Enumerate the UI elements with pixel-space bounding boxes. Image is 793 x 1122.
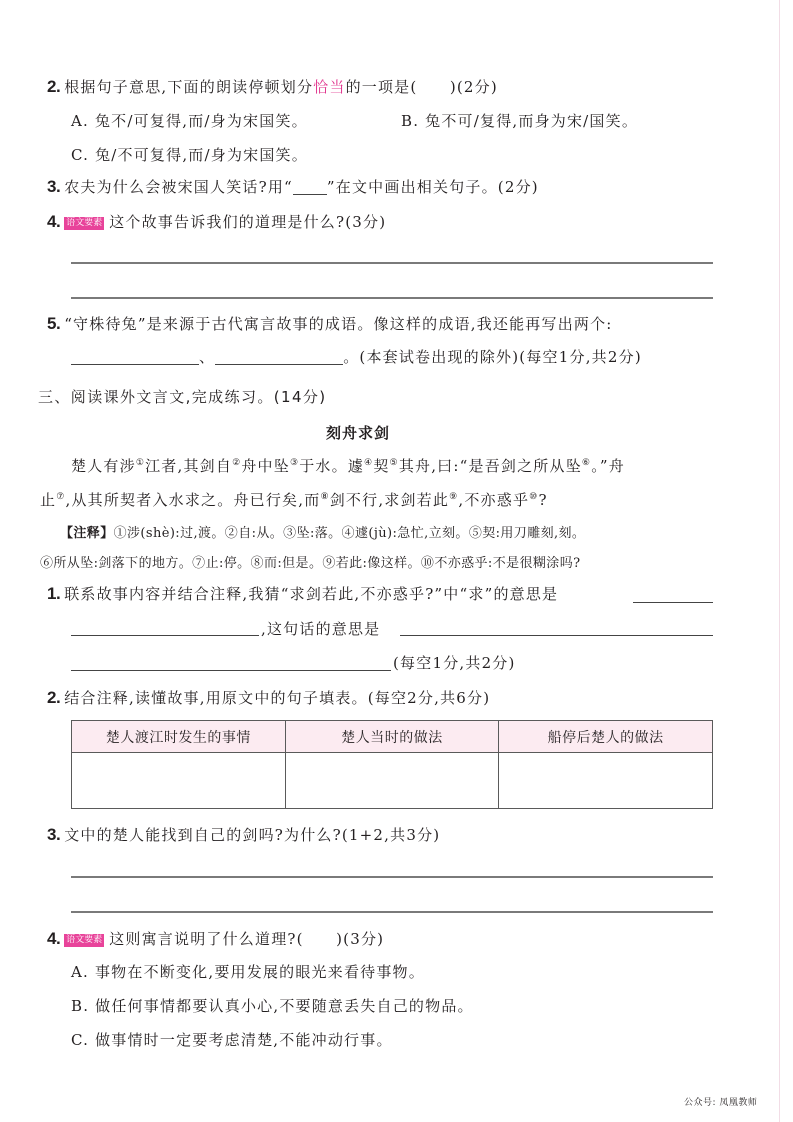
answer-blank[interactable]: [400, 635, 713, 636]
table-answer-cell[interactable]: [72, 753, 286, 809]
table-header-cell: 楚人渡江时发生的事情: [72, 721, 286, 753]
section-title: 三、阅读课外文言文,完成练习。(14分): [38, 386, 327, 407]
table-answer-cell[interactable]: [499, 753, 713, 809]
fill-in-table: 楚人渡江时发生的事情 楚人当时的做法 船停后楚人的做法: [71, 720, 713, 809]
question-text: 这个故事告诉我们的道理是什么?(3分): [109, 213, 386, 231]
question-3b: 3.文中的楚人能找到自己的剑吗?为什么?(1+2,共3分): [47, 824, 440, 845]
notes-head: 【注释】: [60, 526, 114, 541]
yuwen-yaosu-badge: 语文要素: [64, 934, 104, 947]
answer-line[interactable]: [71, 911, 713, 913]
question-5: 5.“守株待兔”是来源于古代寓言故事的成语。像这样的成语,我还能再写出两个:: [47, 313, 613, 334]
answer-blank[interactable]: [71, 635, 259, 636]
question-text: 联系故事内容并结合注释,我猜“求剑若此,不亦惑乎?”中“求”的意思是: [64, 585, 558, 603]
option-c[interactable]: C. 做事情时一定要考虑清楚,不能冲动行事。: [71, 1029, 393, 1050]
answer-blank[interactable]: [71, 349, 199, 365]
question-number: 5.: [47, 314, 60, 333]
table-answer-cell[interactable]: [285, 753, 499, 809]
yuwen-yaosu-badge: 语文要素: [64, 217, 104, 230]
answer-blank[interactable]: [71, 670, 391, 671]
underline-sample: [293, 179, 327, 195]
question-number: 2.: [47, 688, 60, 707]
option-b[interactable]: B. 兔不可/复得,而身为宋/国笑。: [401, 110, 638, 131]
answer-blank[interactable]: [633, 602, 713, 603]
notes-line-2: ⑥所从坠:剑落下的地方。⑦止:停。⑧而:但是。⑨若此:像这样。⑩不亦惑乎:不是很…: [40, 552, 580, 571]
question-text: 根据句子意思,下面的朗读停顿划分: [64, 78, 313, 96]
option-b[interactable]: B. 做任何事情都要认真小心,不要随意丢失自己的物品。: [71, 995, 474, 1016]
page-edge-line: [779, 0, 780, 1122]
separator: 、: [199, 348, 215, 366]
option-a[interactable]: A. 事物在不断变化,要用发展的眼光来看待事物。: [71, 961, 425, 982]
passage-line-1: 楚人有涉①江者,其剑自②舟中坠③于水。遽④契⑤其舟,曰:“是吾剑之所从坠⑥。”舟: [71, 455, 625, 476]
question-5-blanks: 、。(本套试卷出现的除外)(每空1分,共2分): [71, 346, 642, 367]
highlight-text: 恰当: [313, 78, 345, 96]
answer-line[interactable]: [71, 297, 713, 299]
question-2: 2.根据句子意思,下面的朗读停顿划分恰当的一项是( )(2分): [47, 76, 498, 97]
question-number: 3.: [47, 825, 60, 844]
footer-watermark: 公众号: 凤凰教师: [684, 1095, 757, 1108]
question-text: 这则寓言说明了什么道理?( )(3分): [109, 930, 384, 948]
question-number: 4.: [47, 929, 60, 948]
option-c[interactable]: C. 兔/不可复得,而/身为宋国笑。: [71, 144, 308, 165]
story-title: 刻舟求剑: [326, 422, 390, 443]
question-text: 结合注释,读懂故事,用原文中的句子填表。(每空2分,共6分): [64, 689, 490, 707]
answer-line[interactable]: [71, 262, 713, 264]
option-a[interactable]: A. 兔不/可复得,而/身为宋国笑。: [71, 110, 308, 131]
question-1: 1.联系故事内容并结合注释,我猜“求剑若此,不亦惑乎?”中“求”的意思是: [47, 583, 558, 604]
question-number: 3.: [47, 177, 60, 196]
answer-line[interactable]: [71, 876, 713, 878]
question-3: 3.农夫为什么会被宋国人笑话?用“”在文中画出相关句子。(2分): [47, 176, 539, 197]
question-4b: 4.语文要素这则寓言说明了什么道理?( )(3分): [47, 928, 384, 949]
question-number: 4.: [47, 212, 60, 231]
question-1-tail: (每空1分,共2分): [393, 652, 516, 673]
question-text: “守株待兔”是来源于古代寓言故事的成语。像这样的成语,我还能再写出两个:: [64, 315, 612, 333]
question-text: 农夫为什么会被宋国人笑话?用“: [64, 178, 293, 196]
question-text-tail: ”在文中画出相关句子。(2分): [327, 178, 539, 196]
table-header-cell: 船停后楚人的做法: [499, 721, 713, 753]
answer-blank[interactable]: [215, 349, 343, 365]
question-text-tail: 的一项是( )(2分): [346, 78, 498, 96]
passage-line-2: 止⑦,从其所契者入水求之。舟已行矣,而⑧剑不行,求剑若此⑨,不亦惑乎⑩?: [40, 489, 548, 510]
table-header-row: 楚人渡江时发生的事情 楚人当时的做法 船停后楚人的做法: [72, 721, 713, 753]
question-number: 1.: [47, 584, 60, 603]
question-text: 文中的楚人能找到自己的剑吗?为什么?(1+2,共3分): [64, 826, 440, 844]
question-4: 4.语文要素这个故事告诉我们的道理是什么?(3分): [47, 211, 386, 232]
question-2b: 2.结合注释,读懂故事,用原文中的句子填表。(每空2分,共6分): [47, 687, 490, 708]
question-number: 2.: [47, 77, 60, 96]
table-row: [72, 753, 713, 809]
question-tail: 。(本套试卷出现的除外)(每空1分,共2分): [343, 348, 642, 366]
question-1-mid: ,这句话的意思是: [261, 618, 380, 639]
table-header-cell: 楚人当时的做法: [285, 721, 499, 753]
notes-line-1: 【注释】①涉(shè):过,渡。②自:从。③坠:落。④遽(jù):急忙,立刻。⑤…: [60, 522, 585, 541]
